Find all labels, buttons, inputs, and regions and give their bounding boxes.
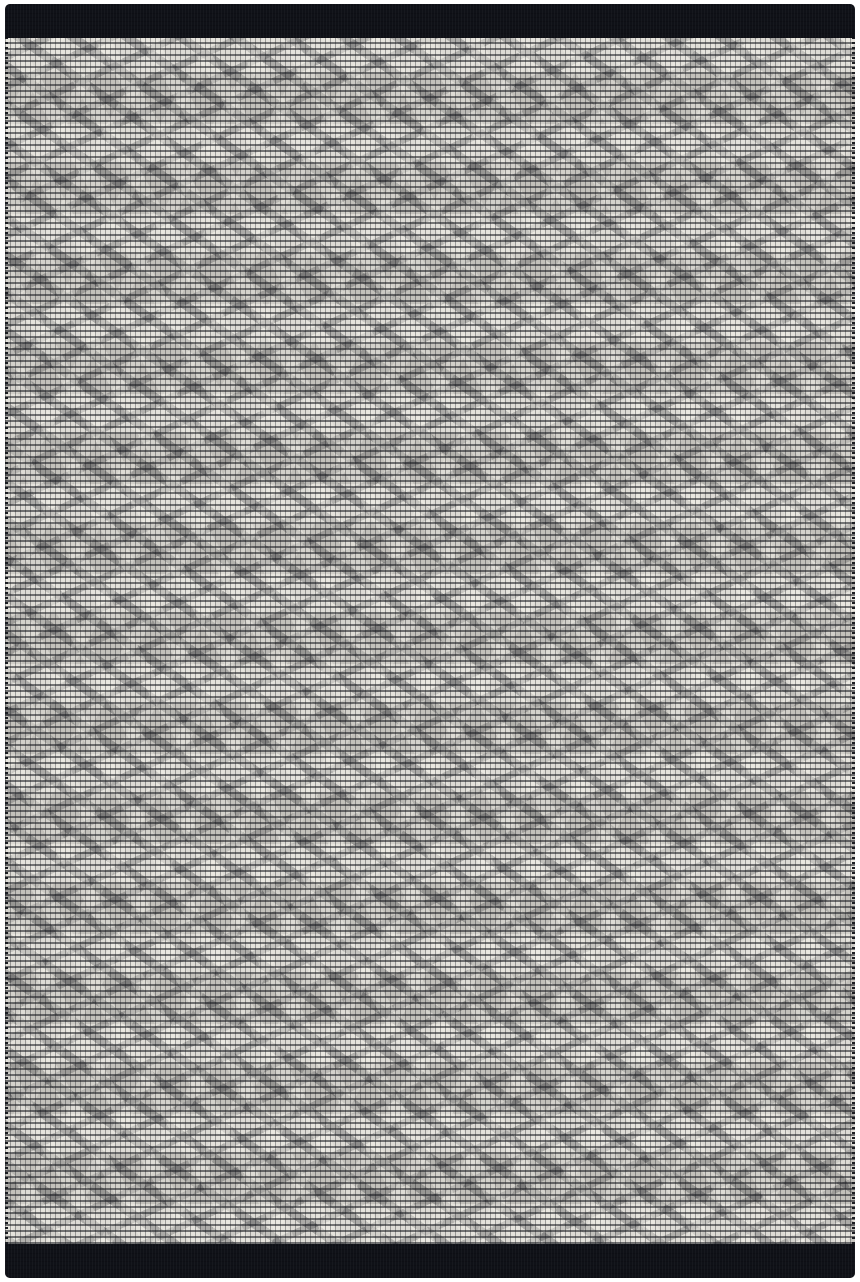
rug-right-edge xyxy=(852,38,855,1244)
rug xyxy=(5,4,855,1278)
rug-textured-field xyxy=(5,38,855,1244)
rug-top-black-band xyxy=(5,4,855,38)
rug-left-edge xyxy=(5,38,8,1244)
image-description: Rectangular flatweave rug with a black-a… xyxy=(0,0,1,1)
product-image-canvas: Rectangular flatweave rug with a black-a… xyxy=(0,0,860,1282)
rug-bottom-black-band xyxy=(5,1244,855,1278)
